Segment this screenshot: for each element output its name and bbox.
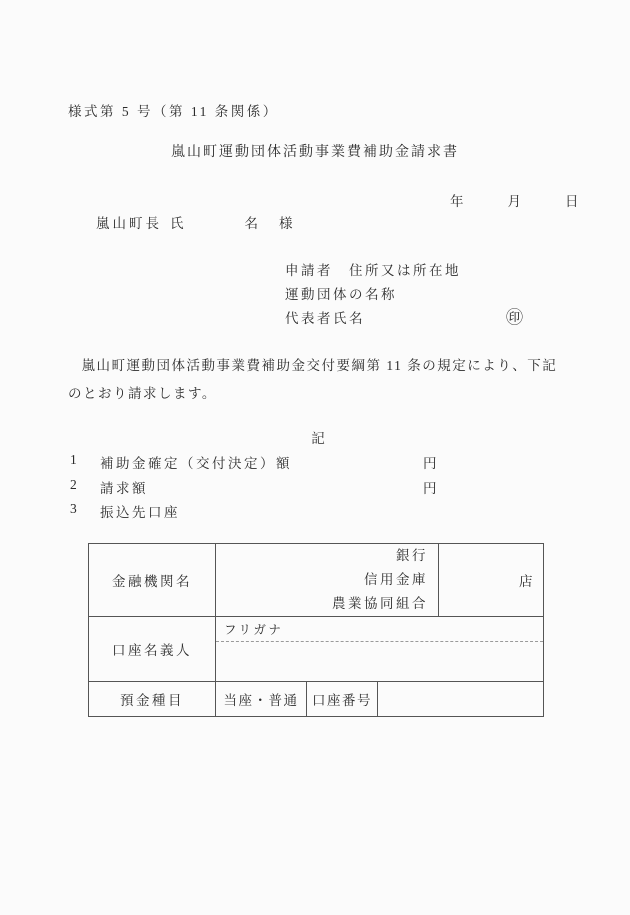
account-holder-label-cell: 口座名義人 <box>89 617 216 681</box>
addressee-title: 嵐山町長 <box>96 216 162 231</box>
applicant-group-name-line: 運動団体の名称 <box>285 283 461 307</box>
request-statement: 嵐山町運動団体活動事業費補助金交付要綱第 11 条の規定により、下記のとおり請求… <box>68 352 570 408</box>
addressee-line: 嵐山町長氏名様 <box>96 212 296 232</box>
form-number: 様式第 5 号（第 11 条関係） <box>68 100 279 120</box>
addressee-honorific: 様 <box>279 216 296 231</box>
item-label: 補助金確定（交付決定）額 <box>100 452 292 472</box>
item-request-amount: 2 請求額 円 <box>0 477 630 493</box>
item-label: 振込先口座 <box>100 501 180 521</box>
applicant-representative-line: 代表者氏名 <box>285 307 461 331</box>
deposit-type-options-cell: 当座・普通 <box>216 682 307 716</box>
item-number: 1 <box>70 452 77 468</box>
yen-unit-label: 円 <box>423 452 437 472</box>
institution-type-options-cell: 銀行 信用金庫 農業協同組合 <box>216 544 439 616</box>
table-row-account-holder: 口座名義人 フリガナ <box>89 617 543 682</box>
addressee-surname-label: 氏 <box>170 216 187 231</box>
yen-unit-label: 円 <box>423 477 437 497</box>
item-number: 2 <box>70 477 77 493</box>
account-holder-blank-field <box>216 642 543 681</box>
item-label: 請求額 <box>100 477 148 497</box>
financial-institution-label-cell: 金融機関名 <box>89 544 216 616</box>
date-month-label: 月 <box>508 190 522 210</box>
furigana-label: フリガナ <box>216 617 543 642</box>
document-title: 嵐山町運動団体活動事業費補助金請求書 <box>0 141 630 161</box>
date-line: 年 月 日 <box>450 190 579 210</box>
branch-suffix-cell: 店 <box>439 544 543 616</box>
option-agricultural-coop: 農業協同組合 <box>216 592 428 616</box>
date-year-label: 年 <box>450 190 464 210</box>
section-mark-ki: 記 <box>68 427 568 447</box>
deposit-type-label-cell: 預金種目 <box>89 682 216 716</box>
item-transfer-account: 3 振込先口座 <box>0 501 630 517</box>
item-subsidy-amount: 1 補助金確定（交付決定）額 円 <box>0 452 630 468</box>
table-row-financial-institution: 金融機関名 銀行 信用金庫 農業協同組合 店 <box>89 544 543 617</box>
item-number: 3 <box>70 501 77 517</box>
applicant-block: 申請者 住所又は所在地 運動団体の名称 代表者氏名 <box>285 259 461 331</box>
bank-account-table: 金融機関名 銀行 信用金庫 農業協同組合 店 口座名義人 フリガナ 預金種目 当… <box>88 543 544 717</box>
option-bank: 銀行 <box>216 544 428 568</box>
account-number-blank-field <box>378 682 543 716</box>
seal-mark-icon: ㊞ <box>506 303 523 328</box>
subsidy-request-form-page: 様式第 5 号（第 11 条関係） 嵐山町運動団体活動事業費補助金請求書 年 月… <box>0 0 630 915</box>
applicant-address-line: 申請者 住所又は所在地 <box>285 259 461 283</box>
option-shinkin-bank: 信用金庫 <box>216 568 428 592</box>
table-row-deposit-type: 預金種目 当座・普通 口座番号 <box>89 682 543 716</box>
addressee-givenname-label: 名 <box>245 216 262 231</box>
date-day-label: 日 <box>565 190 579 210</box>
account-number-label-cell: 口座番号 <box>307 682 378 716</box>
account-holder-entry-cell: フリガナ <box>216 617 543 681</box>
